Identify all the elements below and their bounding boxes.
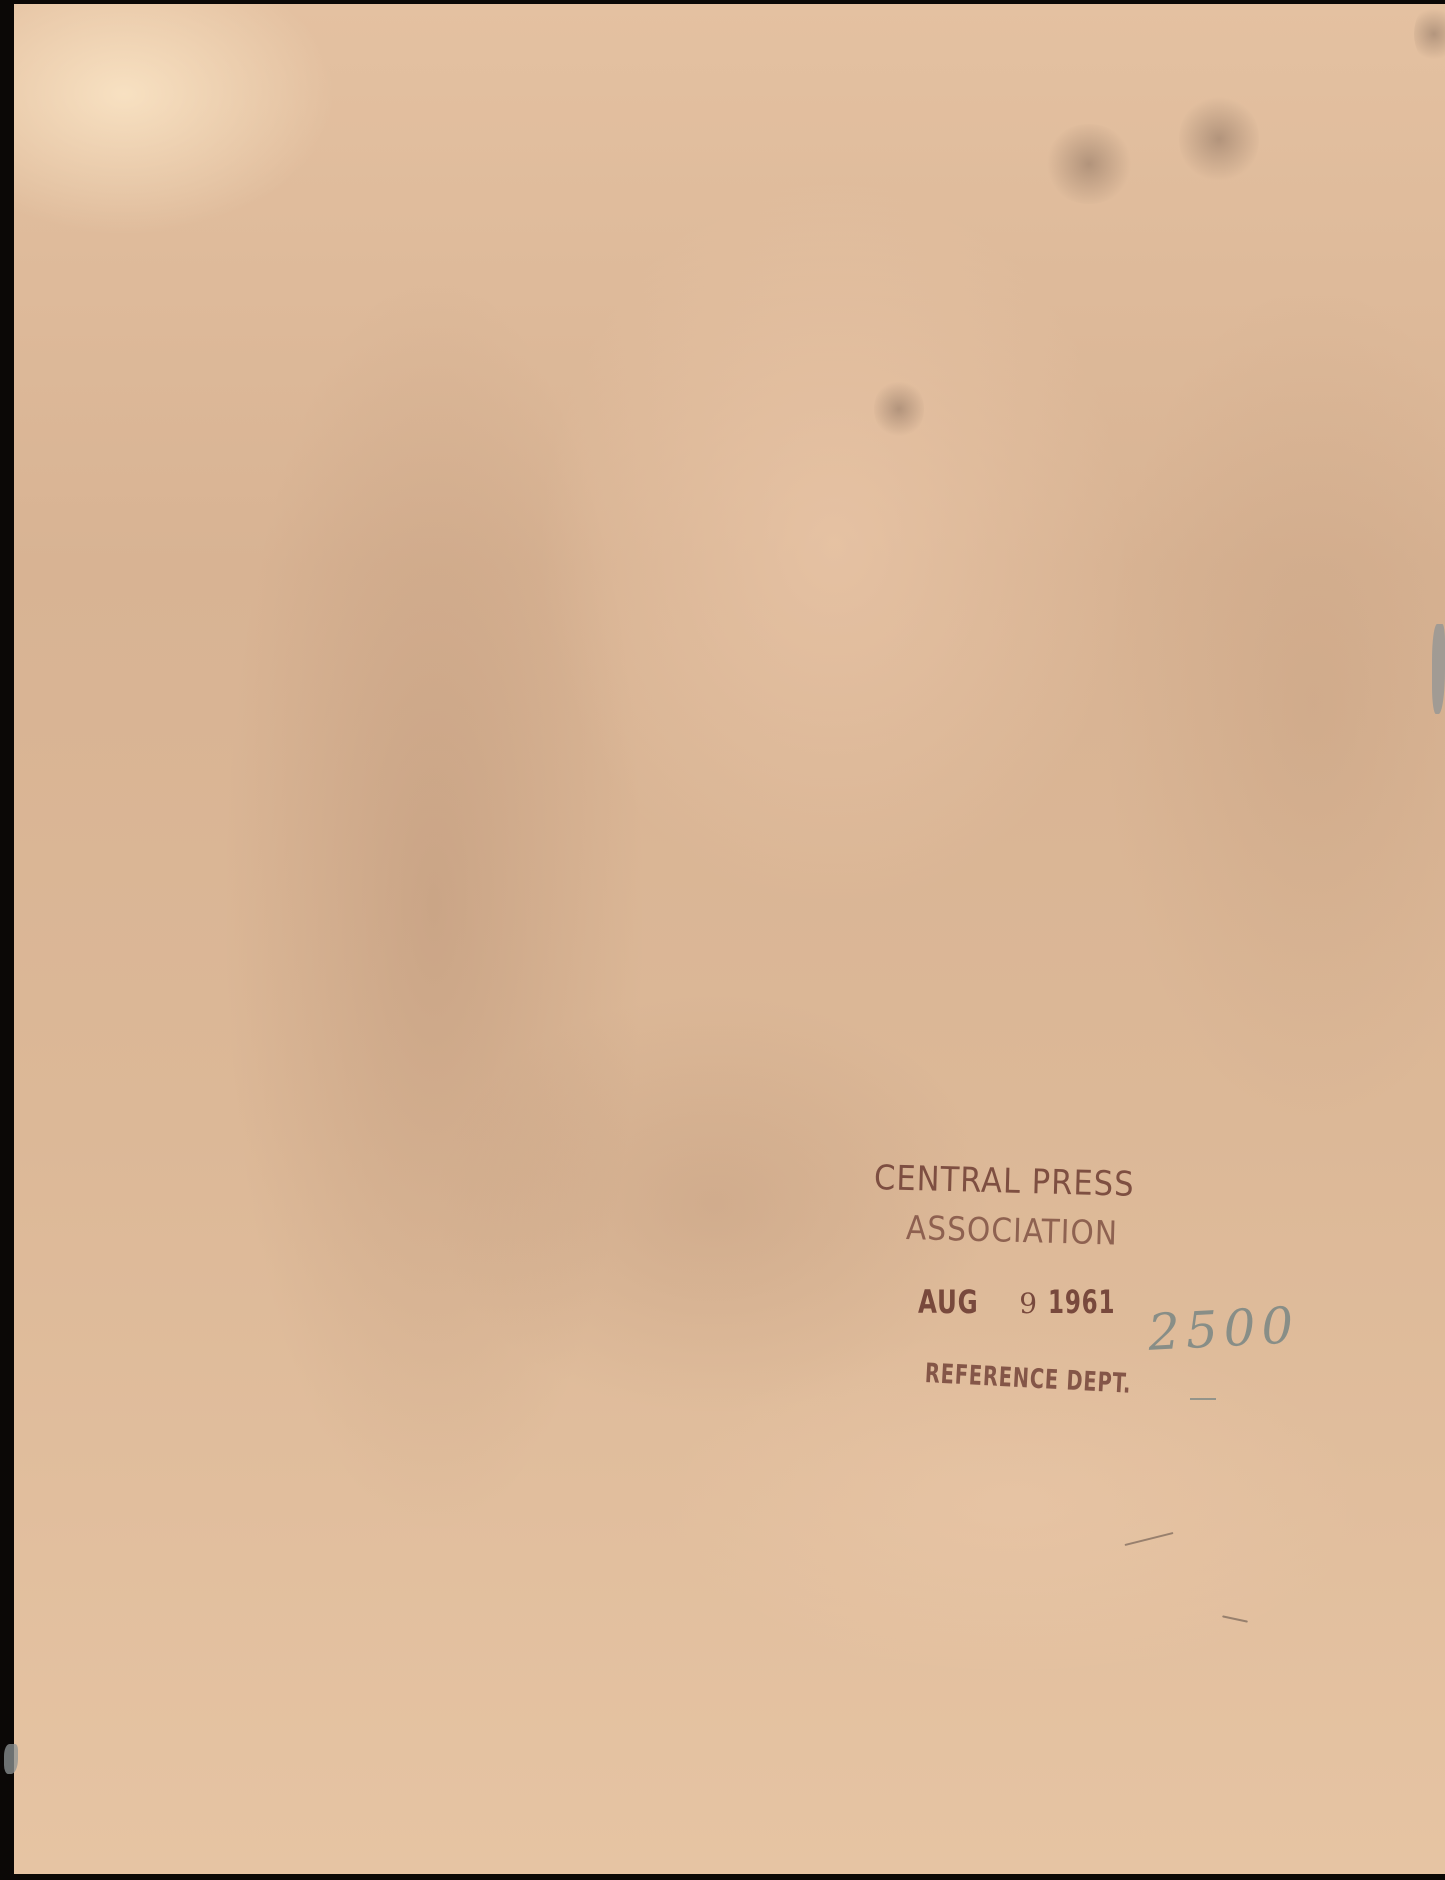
stamp-date-month: AUG — [918, 1283, 979, 1321]
photo-back-sheet — [14, 4, 1445, 1874]
pencil-mark — [1125, 1532, 1174, 1546]
pencil-mark — [1222, 1615, 1248, 1622]
stain-speck — [874, 379, 924, 439]
stamp-date-year: 1961 — [1048, 1283, 1115, 1321]
handwritten-dash — [1190, 1398, 1216, 1400]
stain-speck — [1179, 94, 1259, 184]
stain-speck — [1044, 124, 1134, 204]
stain-speck — [1414, 4, 1445, 64]
stamp-organization-line-2: ASSOCIATION — [905, 1208, 1118, 1253]
handwritten-annotation: 2500 — [1147, 1296, 1301, 1362]
stamp-date-day: 9 — [1019, 1287, 1038, 1320]
edge-stain — [4, 1744, 18, 1774]
edge-stain — [1432, 624, 1445, 714]
stamp-organization-line-1: CENTRAL PRESS — [873, 1158, 1135, 1205]
stamp-date: AUG91961 — [918, 1283, 1132, 1321]
